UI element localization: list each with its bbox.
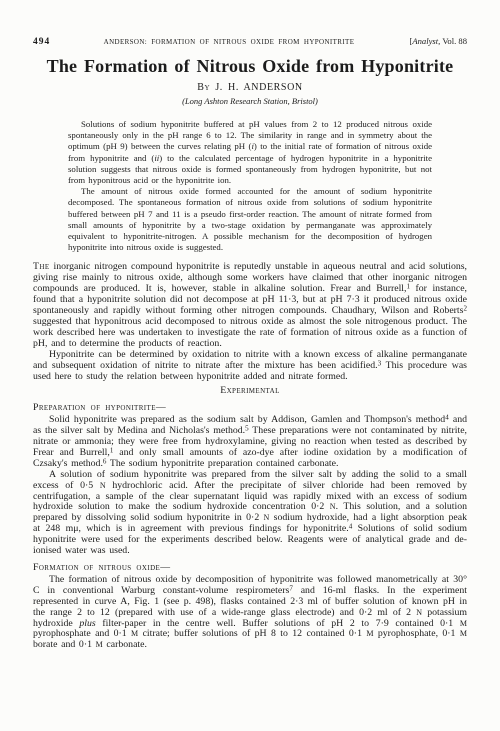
- abstract: Solutions of sodium hyponitrite buffered…: [68, 119, 432, 253]
- abstract-paragraph-1: Solutions of sodium hyponitrite buffered…: [68, 119, 432, 186]
- preparation-paragraph-2: A solution of sodium hyponitrite was pre…: [33, 470, 467, 557]
- journal-name: Analyst: [412, 36, 438, 46]
- running-header: 494 ANDERSON: FORMATION OF NITROUS OXIDE…: [33, 36, 467, 47]
- article-body: The inorganic nitrogen compound hyponitr…: [33, 262, 467, 651]
- affiliation: (Long Ashton Research Station, Bristol): [33, 96, 467, 106]
- preparation-paragraph-1: Solid hyponitrite was prepared as the so…: [33, 415, 467, 470]
- journal-page: 494 ANDERSON: FORMATION OF NITROUS OXIDE…: [0, 0, 500, 731]
- journal-reference: [Analyst, Vol. 88: [373, 36, 467, 46]
- page-number: 494: [33, 37, 85, 47]
- experimental-heading: Experimental: [33, 386, 467, 397]
- running-title: ANDERSON: FORMATION OF NITROUS OXIDE FRO…: [85, 38, 373, 46]
- byline: By J. H. ANDERSON: [33, 82, 467, 93]
- author-name: J. H. ANDERSON: [215, 82, 302, 93]
- abstract-paragraph-2: The amount of nitrous oxide formed accou…: [68, 186, 432, 253]
- intro-paragraph-2: Hyponitrite can be determined by oxidati…: [33, 350, 467, 383]
- by-label: By: [197, 82, 210, 93]
- article-title: The Formation of Nitrous Oxide from Hypo…: [33, 56, 467, 77]
- formation-paragraph-1: The formation of nitrous oxide by decomp…: [33, 575, 467, 651]
- intro-paragraph-1: The inorganic nitrogen compound hyponitr…: [33, 262, 467, 349]
- formation-of-nitrous-oxide-heading: Formation of nitrous oxide—: [33, 563, 467, 574]
- preparation-of-hyponitrite-heading: Preparation of hyponitrite—: [33, 403, 467, 414]
- journal-volume: , Vol. 88: [438, 36, 467, 46]
